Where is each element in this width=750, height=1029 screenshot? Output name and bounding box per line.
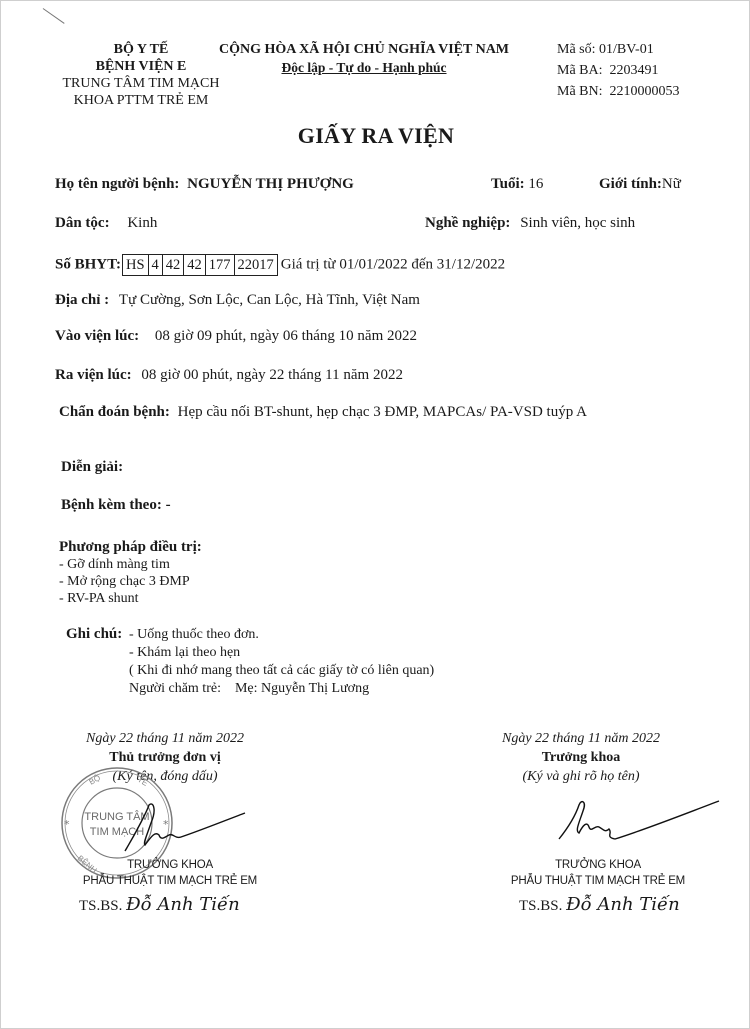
right-sign-date: Ngày 22 tháng 11 năm 2022 xyxy=(471,729,691,748)
nation-block: CỘNG HÒA XÃ HỘI CHỦ NGHĨA VIỆT NAM Độc l… xyxy=(219,41,509,77)
left-signer-title: TRƯỞNG KHOA PHẪU THUẬT TIM MẠCH TRẺ EM xyxy=(75,857,265,889)
patient-name: NGUYỄN THỊ PHƯỢNG xyxy=(187,176,354,192)
note-line: - Uống thuốc theo đơn. xyxy=(129,627,259,642)
record-number: Mã BA: 2203491 xyxy=(557,60,680,81)
record-codes: Mã số: 01/BV-01 Mã BA: 2203491 Mã BN: 22… xyxy=(557,39,680,102)
treatment-item: - Mở rộng chạc 3 ĐMP xyxy=(59,573,202,590)
right-signature-icon xyxy=(557,799,737,859)
notes-label: Ghi chú: xyxy=(66,625,129,643)
right-signer-title: TRƯỞNG KHOA PHẪU THUẬT TIM MẠCH TRẺ EM xyxy=(503,857,693,889)
admission-row: Vào viện lúc: 08 giờ 09 phút, ngày 06 th… xyxy=(55,328,417,345)
address-row: Địa chỉ : Tự Cường, Sơn Lộc, Can Lộc, Hà… xyxy=(55,292,420,309)
right-signer-name: TS.BS. Đỗ Anh Tiến xyxy=(519,894,680,915)
patient-sex: Nữ xyxy=(662,176,681,192)
caregiver-line: Người chăm trẻ: Mẹ: Nguyễn Thị Lương xyxy=(66,680,434,698)
right-sign-note: (Ký và ghi rõ họ tên) xyxy=(471,767,691,786)
insurance-row: Số BHYT: HS 4 42 42 177 22017 Giá trị từ… xyxy=(55,254,505,276)
left-signature-icon xyxy=(119,801,259,861)
patient-number: Mã BN: 2210000053 xyxy=(557,81,680,102)
diagnosis: Hẹp cầu nối BT-shunt, hẹp chạc 3 ĐMP, MA… xyxy=(178,404,587,420)
svg-text:TẾ: TẾ xyxy=(136,774,150,788)
nation-title: CỘNG HÒA XÃ HỘI CHỦ NGHĨA VIỆT NAM xyxy=(219,41,509,59)
discharge-row: Ra viện lúc: 08 giờ 00 phút, ngày 22 thá… xyxy=(55,367,403,384)
left-doctor-name: Đỗ Anh Tiến xyxy=(126,894,240,915)
right-signature-block: Ngày 22 tháng 11 năm 2022 Trưởng khoa (K… xyxy=(471,729,691,786)
insurance-validity: Giá trị từ 01/01/2022 đến 31/12/2022 xyxy=(281,256,505,272)
treatment-item: - Gỡ dính màng tim xyxy=(59,556,202,573)
age-row: Tuổi: 16 xyxy=(491,176,543,193)
diagnosis-row: Chẩn đoán bệnh: Hẹp cầu nối BT-shunt, hẹ… xyxy=(59,404,587,421)
ethnicity: Kinh xyxy=(127,215,157,231)
explanation-row: Diễn giải: xyxy=(61,459,123,476)
right-sign-role: Trưởng khoa xyxy=(471,748,691,767)
address: Tự Cường, Sơn Lộc, Can Lộc, Hà Tĩnh, Việ… xyxy=(119,292,420,308)
hospital: BỆNH VIỆN E xyxy=(41,58,241,75)
comorbidity-row: Bệnh kèm theo: - xyxy=(61,497,171,514)
ministry: BỘ Y TẾ xyxy=(41,41,241,58)
sex-row: Giới tính:Nữ xyxy=(599,176,681,193)
organization-block: BỘ Y TẾ BỆNH VIỆN E TRUNG TÂM TIM MẠCH K… xyxy=(41,41,241,109)
treatment-heading: Phương pháp điều trị: xyxy=(59,539,202,556)
department: KHOA PTTM TRẺ EM xyxy=(41,92,241,109)
document-title: GIẤY RA VIỆN xyxy=(1,123,750,149)
treatment-section: Phương pháp điều trị: - Gỡ dính màng tim… xyxy=(59,539,202,607)
svg-text:*: * xyxy=(64,818,70,831)
patient-name-label: Họ tên người bệnh: xyxy=(55,176,179,192)
ethnicity-row: Dân tộc: Kinh xyxy=(55,215,157,232)
notes-section: Ghi chú:- Uống thuốc theo đơn. - Khám lạ… xyxy=(66,625,434,698)
note-line: ( Khi đi nhớ mang theo tất cả các giấy t… xyxy=(66,662,434,680)
admission-time: 08 giờ 09 phút, ngày 06 tháng 10 năm 202… xyxy=(155,328,417,344)
scan-artifact xyxy=(43,8,65,24)
discharge-time: 08 giờ 00 phút, ngày 22 tháng 11 năm 202… xyxy=(141,367,403,383)
patient-name-row: Họ tên người bệnh: NGUYỄN THỊ PHƯỢNG xyxy=(55,176,354,193)
left-sign-date: Ngày 22 tháng 11 năm 2022 xyxy=(55,729,275,748)
insurance-number-box: HS 4 42 42 177 22017 xyxy=(122,254,278,276)
right-doctor-name: Đỗ Anh Tiến xyxy=(566,894,680,915)
discharge-paper: BỘ Y TẾ BỆNH VIỆN E TRUNG TÂM TIM MẠCH K… xyxy=(0,0,750,1029)
center: TRUNG TÂM TIM MẠCH xyxy=(41,75,241,92)
nation-motto: Độc lập - Tự do - Hạnh phúc xyxy=(219,59,509,77)
note-line: - Khám lại theo hẹn xyxy=(66,644,434,662)
treatment-item: - RV-PA shunt xyxy=(59,590,202,607)
form-code: Mã số: 01/BV-01 xyxy=(557,39,680,60)
occupation-row: Nghề nghiệp: Sinh viên, học sinh xyxy=(425,215,635,232)
patient-age: 16 xyxy=(528,176,543,192)
occupation: Sinh viên, học sinh xyxy=(520,215,635,231)
left-signer-name: TS.BS. Đỗ Anh Tiến xyxy=(79,894,240,915)
